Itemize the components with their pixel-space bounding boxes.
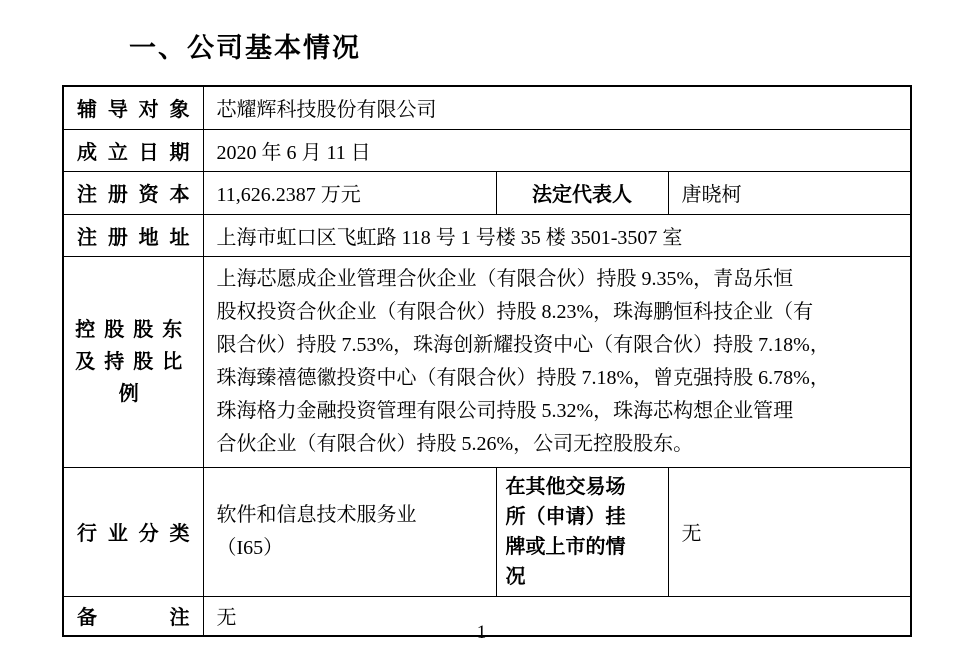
row-registered-capital: 注册资本 11,626.2387 万元 法定代表人 唐晓柯 [63,171,911,214]
counseling-target-value: 芯耀辉科技股份有限公司 [203,86,911,129]
establish-date-value: 2020 年 6 月 11 日 [203,129,911,171]
other-listing-value: 无 [668,467,911,596]
registered-capital-value: 11,626.2387 万元 [203,171,496,214]
row-registered-address: 注册地址 上海市虹口区飞虹路 118 号 1 号楼 35 楼 3501-3507… [63,214,911,256]
page-number: 1 [0,622,963,644]
other-listing-label: 在其他交易场 所（申请）挂 牌或上市的情 况 [496,467,668,596]
row-controlling-shareholders: 控股股东 及持股比 例 上海芯愿成企业管理合伙企业（有限合伙）持股 9.35%，… [63,256,911,467]
row-counseling-target: 辅导对象 芯耀辉科技股份有限公司 [63,86,911,129]
establish-date-label: 成立日期 [63,129,203,171]
controlling-shareholders-value: 上海芯愿成企业管理合伙企业（有限合伙）持股 9.35%，青岛乐恒 股权投资合伙企… [203,256,911,467]
document-page: 一、公司基本情况 辅导对象 芯耀辉科技股份有限公司 成立日期 2020 年 6 … [0,0,963,663]
row-establish-date: 成立日期 2020 年 6 月 11 日 [63,129,911,171]
industry-label: 行业分类 [63,467,203,596]
basic-info-table: 辅导对象 芯耀辉科技股份有限公司 成立日期 2020 年 6 月 11 日 注册… [62,85,912,637]
row-industry: 行业分类 软件和信息技术服务业 （I65） 在其他交易场 所（申请）挂 牌或上市… [63,467,911,596]
legal-representative-value: 唐晓柯 [668,171,911,214]
counseling-target-label: 辅导对象 [63,86,203,129]
controlling-shareholders-label: 控股股东 及持股比 例 [63,256,203,467]
registered-capital-label: 注册资本 [63,171,203,214]
page-title: 一、公司基本情况 [129,26,361,65]
legal-representative-label: 法定代表人 [496,171,668,214]
registered-address-value: 上海市虹口区飞虹路 118 号 1 号楼 35 楼 3501-3507 室 [203,214,911,256]
registered-address-label: 注册地址 [63,214,203,256]
industry-value: 软件和信息技术服务业 （I65） [203,467,496,596]
